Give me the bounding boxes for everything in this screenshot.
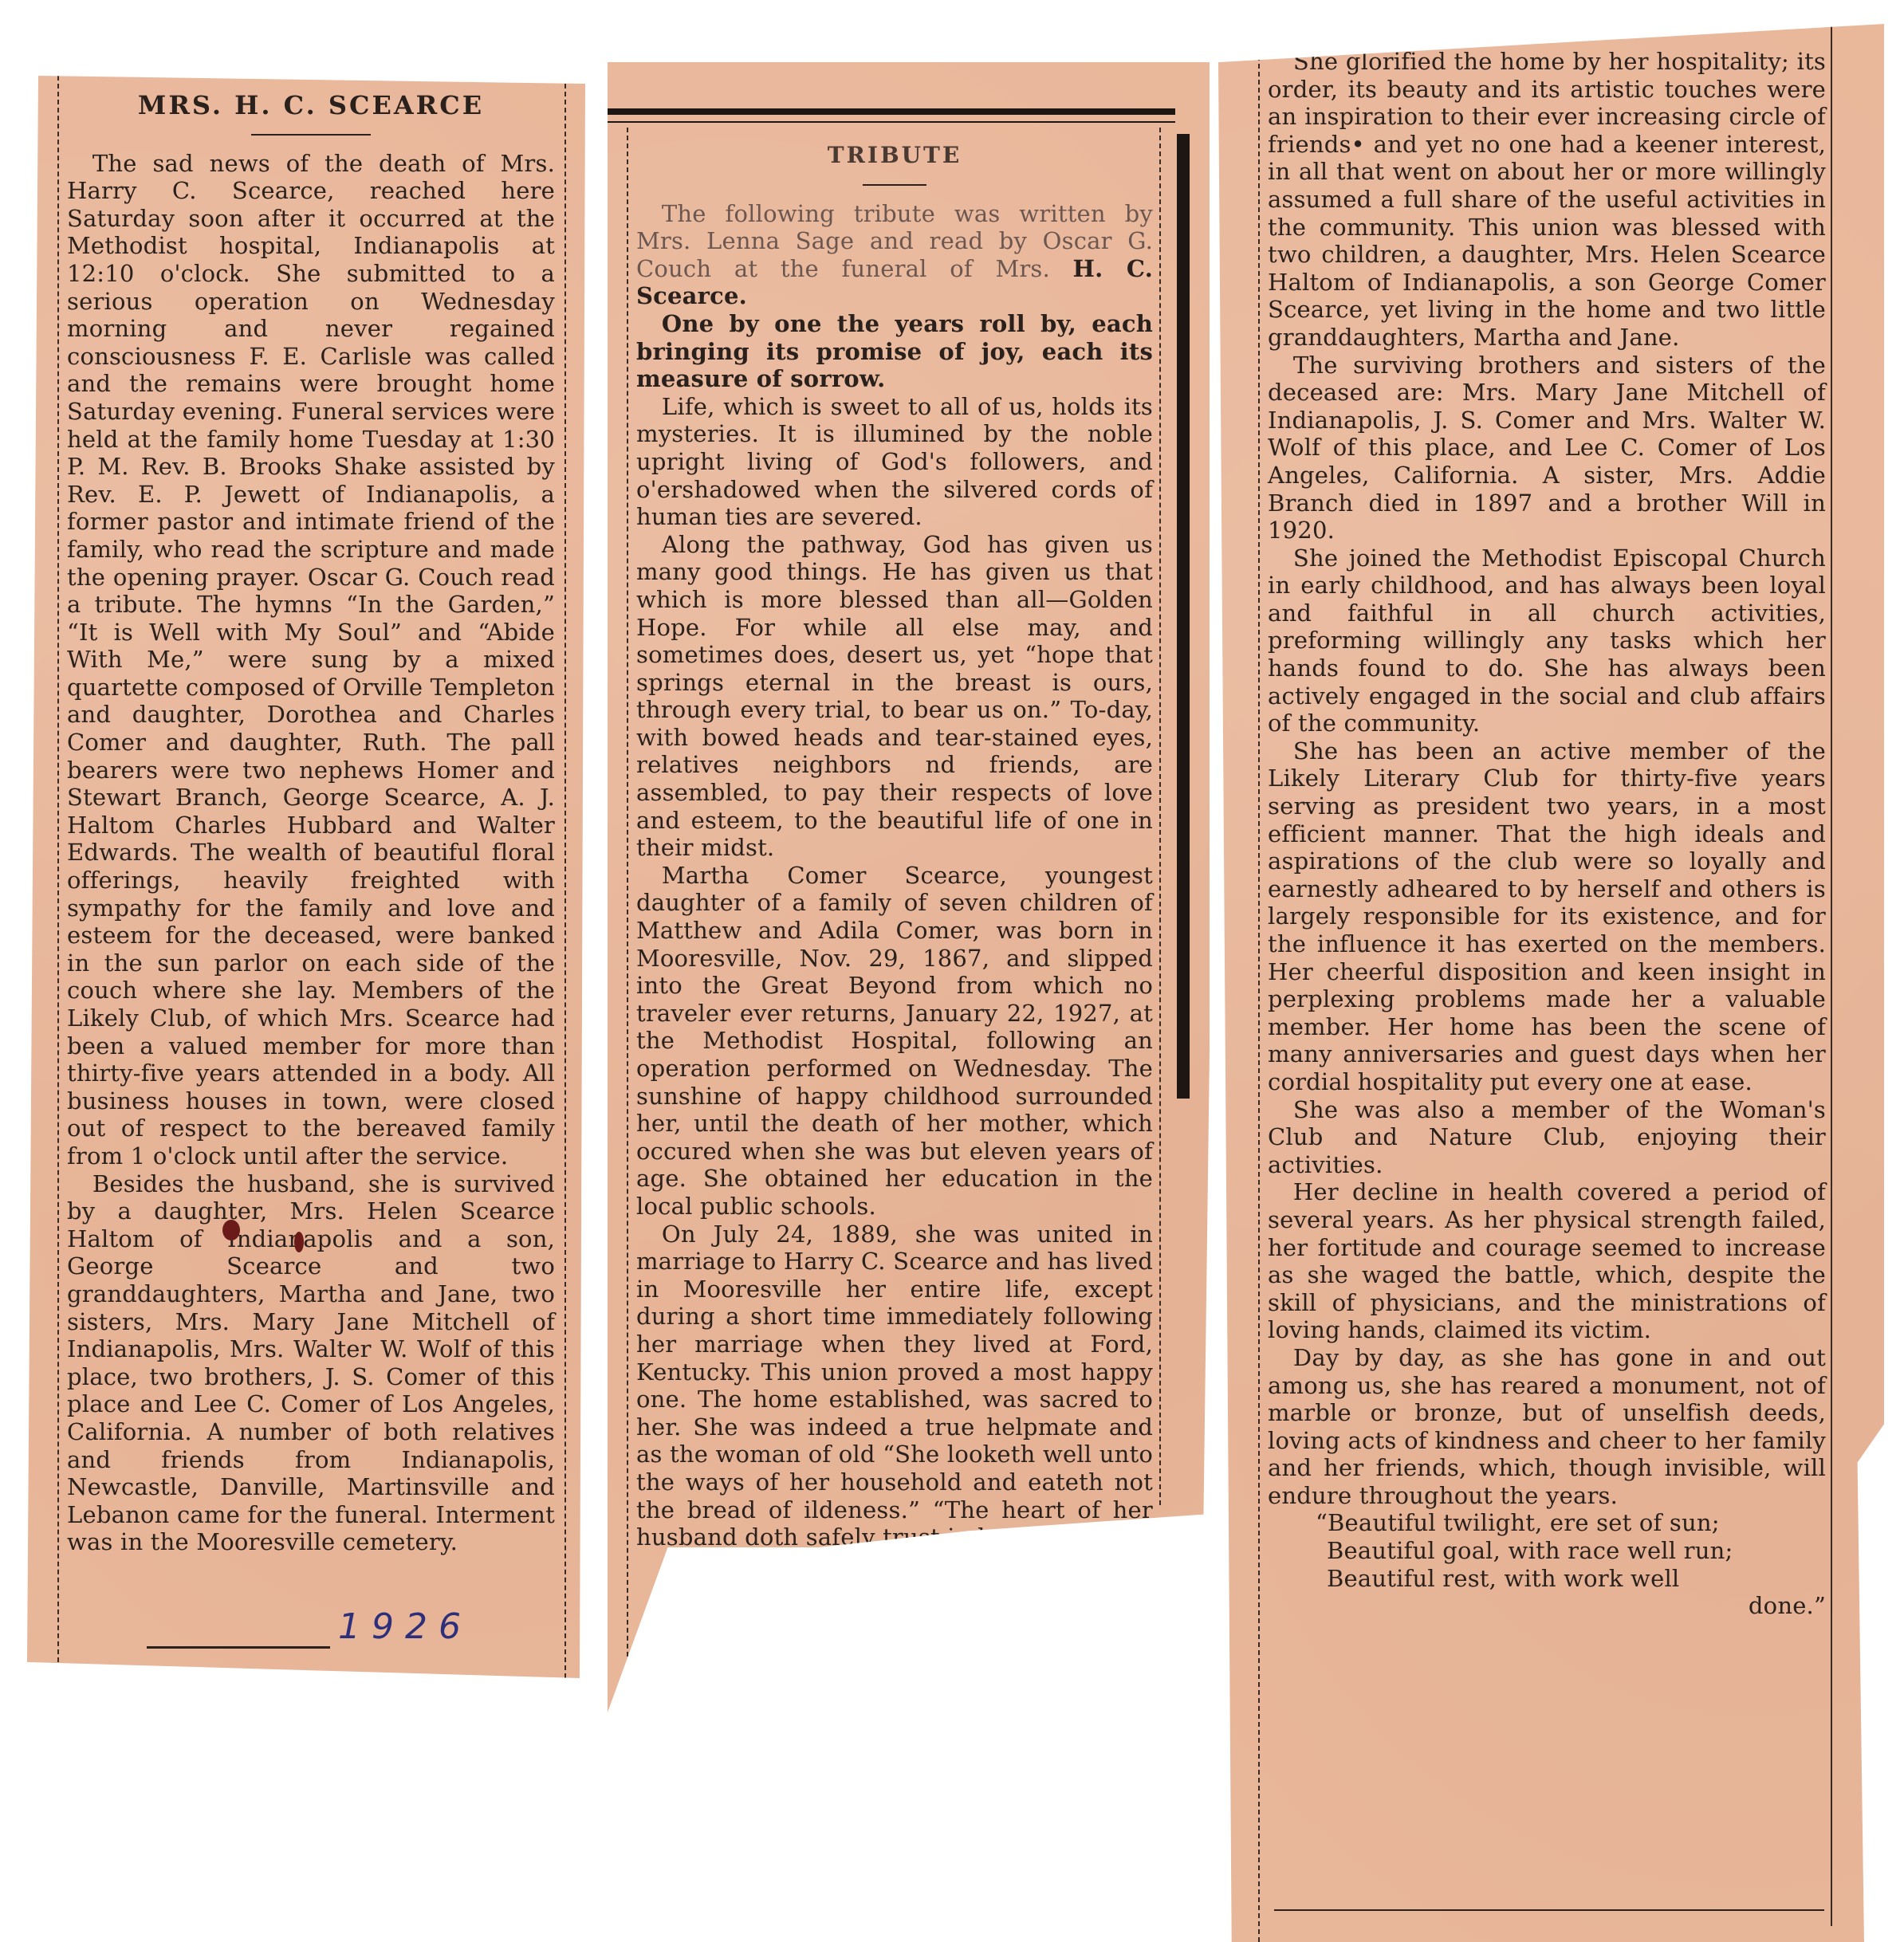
tribute-lead: One by one the years roll by, each bring… [636,310,1153,393]
tribute-paragraph: Day by day, as she has gone in and out a… [1268,1344,1826,1510]
end-rule [147,1646,330,1649]
clipping-tribute: TRIBUTE The following tribute was writte… [608,62,1210,1712]
obituary-headline: MRS. H. C. SCEARCE [67,92,555,120]
clipping-obituary: MRS. H. C. SCEARCE The sad news of the d… [27,76,585,1678]
tribute-continued-column: She glorified the home by her hospitalit… [1268,48,1826,1620]
column-rule-left [57,76,59,1678]
tribute-paragraph: Along the pathway, God has given us many… [636,531,1153,862]
obituary-column: MRS. H. C. SCEARCE The sad news of the d… [67,92,555,1556]
tribute-paragraph: On July 24, 1889, she was united in marr… [636,1221,1153,1551]
tribute-headline: TRIBUTE [636,142,1153,170]
top-heavy-rule [608,108,1175,115]
top-thin-rule [608,121,1175,123]
column-rule-left [627,128,628,1712]
ink-stain [294,1232,304,1252]
column-rule-right [1159,128,1161,1505]
tribute-paragraph: She joined the Methodist Episcopal Churc… [1268,544,1826,737]
tribute-paragraph: She was also a member of the Woman's Clu… [1268,1096,1826,1179]
column-rule-left [1258,48,1260,1942]
poem-line: done.” [1316,1592,1826,1620]
ink-stain [222,1220,240,1240]
tribute-intro: The following tribute was written by Mrs… [636,200,1153,310]
poem-line: Beautiful goal, with race well run; [1316,1537,1826,1565]
tribute-paragraph: Martha Comer Scearce, youngest daughter … [636,862,1153,1221]
column-rule-right [565,76,566,1678]
obituary-paragraph: The sad news of the death of Mrs. Harry … [67,150,555,1170]
column-rule-right [1831,24,1832,1926]
poem-line: “Beautiful twilight, ere set of sun; [1316,1509,1826,1537]
tribute-paragraph: Life, which is sweet to all of us, holds… [636,393,1153,531]
tribute-paragraph: The surviving brothers and sisters of th… [1268,352,1826,544]
tribute-paragraph: She glorified the home by her hospitalit… [1268,48,1826,352]
clipping-tribute-continued: She glorified the home by her hospitalit… [1218,24,1884,1942]
tribute-paragraph: She has been an active member of the Lik… [1268,737,1826,1096]
tribute-column: TRIBUTE The following tribute was writte… [636,142,1153,1551]
headline-rule [863,184,926,186]
tribute-paragraph: Her decline in health covered a period o… [1268,1178,1826,1344]
obituary-paragraph: Besides the husband, she is survived by … [67,1170,555,1556]
adjacent-column-border [1177,134,1190,1099]
handwritten-year: 1926 [338,1606,472,1647]
headline-rule [251,134,371,136]
closing-poem: “Beautiful twilight, ere set of sun; Bea… [1268,1509,1826,1619]
poem-line: Beautiful rest, with work well [1316,1565,1826,1593]
end-rule [1274,1909,1824,1911]
